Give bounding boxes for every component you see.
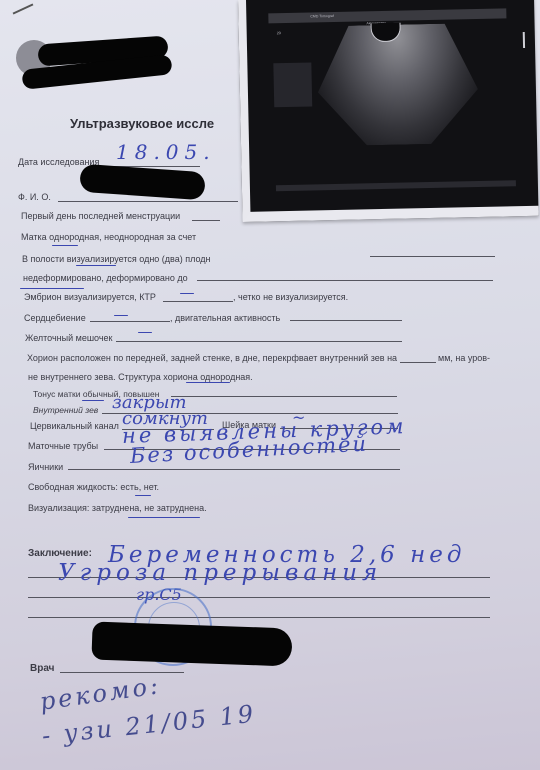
corner-mark: [13, 3, 34, 14]
chorion-line-1: Хорион расположен по передней, задней ст…: [27, 353, 397, 363]
internal-os-label: Внутренний зев: [33, 405, 98, 415]
cavity-label: В полости визуализируется одно (два) пло…: [22, 254, 211, 264]
deform-label: недеформировано, деформировано до: [23, 273, 188, 283]
chorion-underline: [186, 382, 230, 383]
lmp-label: Первый день последней менструации: [21, 211, 180, 221]
embryo-line: [163, 301, 233, 302]
document-page: Ультразвуковое иссле Дата исследования 1…: [0, 0, 540, 770]
chorion-mm: мм, на уров-: [438, 353, 490, 363]
heartbeat-line: [90, 321, 170, 322]
uterus-underline: [52, 245, 78, 246]
yolk-line: [116, 341, 402, 342]
embryo-suffix: , четко не визуализируется.: [233, 292, 348, 302]
ultrasound-menu: [273, 62, 312, 107]
motor-line: [290, 320, 402, 321]
ultrasound-header-left: CMD Tomograf: [310, 14, 334, 18]
doctor-label: Врач: [30, 663, 54, 674]
redacted-doctor-name: [91, 622, 292, 667]
yolk-label: Желточный мешочек: [25, 333, 113, 343]
tonus-line: [171, 396, 397, 397]
chorion-mm-line: [400, 362, 436, 363]
redacted-patient-name: [79, 164, 206, 201]
embryo-label: Эмбрион визуализируется, КТР: [24, 292, 156, 302]
ovaries-line: [68, 469, 400, 470]
heartbeat-label: Сердцебиение: [24, 313, 86, 323]
cavity-underline: [76, 265, 116, 266]
conclusion-rule-3: [28, 617, 490, 618]
ovaries-label: Яичники: [28, 462, 63, 472]
cavity-line: [370, 256, 495, 257]
date-value: 18.05.: [116, 140, 216, 164]
conclusion-label: Заключение:: [28, 548, 92, 559]
lmp-line: [192, 220, 220, 221]
ultrasound-mode: 2D: [277, 31, 282, 35]
tonus-underline: [82, 400, 104, 401]
ultrasound-footer-bar: [276, 180, 516, 191]
note-line-1: рекомо:: [38, 671, 162, 716]
fio-label: Ф. И. О.: [18, 192, 51, 202]
page-title: Ультразвуковое иссле: [70, 116, 214, 131]
deform-underline: [20, 288, 84, 289]
deform-line: [197, 280, 493, 281]
free-fluid-label: Свободная жидкость: есть, нет.: [28, 482, 159, 492]
chorion-line-2: не внутреннего зева. Структура хориона о…: [28, 372, 253, 382]
conclusion-line-2: Угроза прерывания: [58, 560, 382, 586]
visualization-label: Визуализация: затруднена, не затруднена.: [28, 503, 207, 513]
ultrasound-scale: [523, 32, 525, 48]
heartbeat-dash: [114, 315, 128, 316]
doctor-line: [60, 672, 184, 673]
ultrasound-scan-area: [317, 23, 479, 146]
uterus-label: Матка однородная, неоднородная за счет: [21, 232, 196, 242]
embryo-dash: [180, 293, 194, 294]
free-fluid-underline: [135, 495, 151, 496]
motor-label: , двигательная активность: [170, 313, 280, 323]
conclusion-rule-2: [28, 597, 490, 598]
fio-line: [58, 201, 238, 202]
cervical-label: Цервикальный канал: [30, 421, 119, 431]
ultrasound-image: CMD Tomograf Акушерство 2D: [238, 0, 539, 222]
ultrasound-header-bar: [268, 8, 506, 23]
yolk-dash: [138, 332, 152, 333]
tubes-label: Маточные трубы: [28, 441, 98, 451]
visualization-underline: [128, 517, 200, 518]
